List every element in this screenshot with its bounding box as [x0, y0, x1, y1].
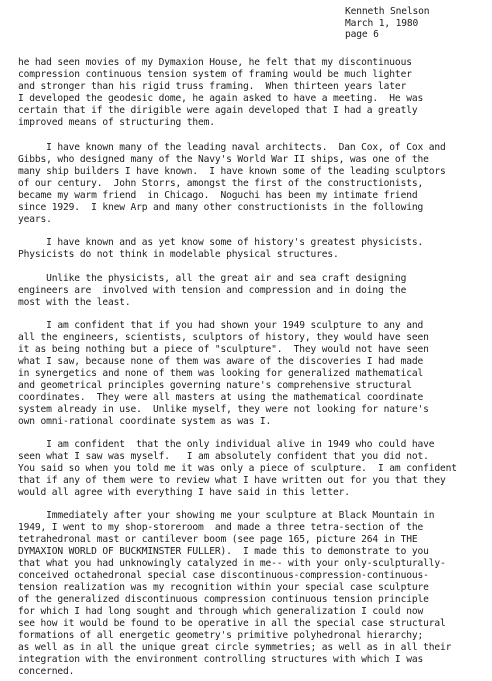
text-line: integration with the environment control… — [18, 654, 423, 666]
text-line: I have known and as yet know some of his… — [18, 237, 423, 249]
text-line: since 1929. I knew Arp and many other co… — [18, 202, 423, 214]
text-line: became my warm friend in Chicago. Noguch… — [18, 190, 417, 202]
text-line: formations of all energetic geometry's p… — [18, 630, 423, 642]
letter-date: March 1, 1980 — [345, 18, 429, 30]
text-line: and geometrical principles governing nat… — [18, 380, 412, 392]
text-line: for which I had long sought and through … — [18, 606, 423, 618]
text-line: 1949, I went to my shop-storeroom and ma… — [18, 522, 423, 534]
text-line: certain that if the dirigible were again… — [18, 105, 417, 117]
text-line: Gibbs, who designed many of the Navy's W… — [18, 154, 429, 166]
page-number: page 6 — [345, 29, 429, 41]
text-line: tension realization was my recognition w… — [18, 582, 429, 594]
text-line: all the engineers, scientists, sculptors… — [18, 332, 429, 344]
letter-page: Kenneth Snelson March 1, 1980 page 6 he … — [0, 0, 492, 681]
text-line: own omni-rational coordinate system as w… — [18, 416, 271, 428]
text-line: seen what I saw was myself. I am absolut… — [18, 451, 429, 463]
text-line: improved means of structuring them. — [18, 117, 215, 129]
text-line: most with the least. — [18, 297, 131, 309]
text-line: I am confident that the only individual … — [18, 439, 434, 451]
text-line: I am confident that if you had shown you… — [18, 320, 423, 332]
text-line: that what you had unknowingly catalyzed … — [18, 558, 446, 570]
text-line: years. — [18, 214, 52, 226]
letter-header: Kenneth Snelson March 1, 1980 page 6 — [345, 6, 429, 41]
text-line: that if any of them were to review what … — [18, 475, 446, 487]
text-line: many ship builders I have known. I have … — [18, 166, 446, 178]
text-line: in synergetics and none of them was look… — [18, 368, 423, 380]
text-line: engineers are involved with tension and … — [18, 285, 406, 297]
text-line: DYMAXION WORLD OF BUCKMINSTER FULLER). I… — [18, 546, 429, 558]
text-line: compression continuous tension system of… — [18, 69, 412, 81]
text-line: of our century. John Storrs, amongst the… — [18, 178, 423, 190]
text-line: concerned. — [18, 666, 74, 678]
text-line: coordinates. They were all masters at us… — [18, 392, 423, 404]
text-line: and stronger than his rigid truss framin… — [18, 81, 406, 93]
text-line: system already in use. Unlike myself, th… — [18, 404, 429, 416]
text-line: I developed the geodesic dome, he again … — [18, 93, 423, 105]
text-line: conceived octahedronal special case disc… — [18, 570, 429, 582]
text-line: see how it would be found to be operativ… — [18, 618, 446, 630]
text-line: tetrahedronal mast or cantilever boom (s… — [18, 534, 417, 546]
text-line: what I saw, because none of them was awa… — [18, 356, 423, 368]
text-line: it as being nothing but a piece of "scul… — [18, 344, 429, 356]
text-line: I have known many of the leading naval a… — [18, 142, 446, 154]
text-line: Physicists do not think in modelable phy… — [18, 249, 339, 261]
text-line: would all agree with everything I have s… — [18, 487, 350, 499]
text-line: Unlike the physicists, all the great air… — [18, 273, 406, 285]
text-line: he had seen movies of my Dymaxion House,… — [18, 57, 412, 69]
text-line: of the generalized discontinuous compres… — [18, 594, 429, 606]
text-line: as well as in all the unique great circl… — [18, 642, 451, 654]
text-line: Immediately after your showing me your s… — [18, 510, 434, 522]
text-line: You said so when you told me it was only… — [18, 463, 457, 475]
author-name: Kenneth Snelson — [345, 6, 429, 18]
